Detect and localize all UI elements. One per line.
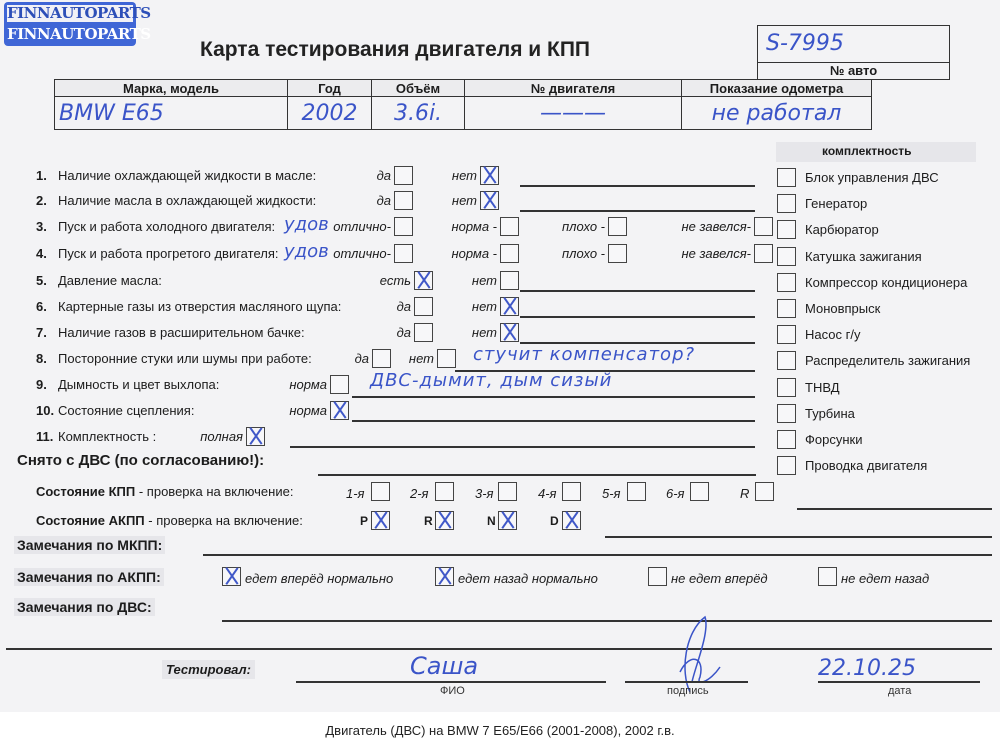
akpp-mode-checkbox[interactable] — [562, 511, 581, 530]
akpp-mode-label: R — [424, 514, 433, 528]
gear-label: 6-я — [666, 486, 685, 501]
auto-number-box: S-7995 № авто — [757, 25, 950, 80]
dvs-remarks-line-2[interactable] — [6, 648, 992, 650]
akpp-remark-label: не едет назад — [841, 571, 929, 586]
completeness-checkbox[interactable] — [777, 220, 796, 239]
header-year: Год — [288, 80, 372, 97]
completeness-item: Генератор — [0, 194, 1000, 216]
completeness-item-label: Турбина — [805, 406, 855, 421]
auto-number-label: № авто — [758, 63, 949, 79]
dvs-remarks-line-1[interactable] — [222, 620, 992, 622]
gear-label: 5-я — [602, 486, 621, 501]
header-engine-number: № двигателя — [465, 80, 682, 97]
completeness-checkbox[interactable] — [777, 299, 796, 318]
kpp-notes-line[interactable] — [797, 508, 992, 510]
completeness-checkbox[interactable] — [777, 273, 796, 292]
completeness-item-label: ТНВД — [805, 380, 840, 395]
tester-name[interactable]: Саша — [410, 652, 478, 680]
brand-logo-line1: FINNAUTOPARTS — [7, 5, 133, 22]
removed-from-engine-line[interactable] — [318, 474, 756, 476]
vehicle-info-table: Марка, модель Год Объём № двигателя Пока… — [54, 79, 872, 130]
removed-from-engine-label: Снято с ДВС (по согласованию!): — [17, 452, 264, 469]
akpp-notes-line[interactable] — [605, 536, 992, 538]
kpp-check-label: Состояние КПП - проверка на включение: — [36, 484, 293, 499]
test-date[interactable]: 22.10.25 — [818, 656, 916, 681]
brand-logo: FINNAUTOPARTS FINNAUTOPARTS — [4, 2, 136, 46]
completeness-item: Катушка зажигания — [0, 247, 1000, 269]
gear-checkbox[interactable] — [498, 482, 517, 501]
completeness-item: Турбина — [0, 404, 1000, 426]
akpp-remark-label: не едет вперёд — [671, 571, 768, 586]
akpp-remark-checkbox[interactable] — [648, 567, 667, 586]
image-caption: Двигатель (ДВС) на BMW 7 E65/E66 (2001-2… — [0, 712, 1000, 750]
gear-checkbox[interactable] — [371, 482, 390, 501]
signature-caption: подпись — [667, 685, 709, 697]
date-line — [818, 681, 980, 683]
akpp-mode-label: P — [360, 514, 368, 528]
value-volume[interactable]: 3.6i. — [372, 97, 465, 130]
gear-label: 4-я — [538, 486, 557, 501]
completeness-item-label: Форсунки — [805, 432, 862, 447]
header-volume: Объём — [372, 80, 465, 97]
completeness-item-label: Карбюратор — [805, 222, 879, 237]
gear-checkbox[interactable] — [755, 482, 774, 501]
brand-logo-line2: FINNAUTOPARTS — [7, 25, 133, 43]
akpp-mode-label: D — [550, 514, 559, 528]
gear-label: 2-я — [410, 486, 429, 501]
value-engine-number[interactable]: ——— — [465, 97, 682, 130]
akpp-check-label: Состояние АКПП - проверка на включение: — [36, 513, 303, 528]
completeness-item: Распределитель зажигания — [0, 351, 1000, 373]
date-caption: дата — [888, 685, 911, 697]
akpp-remark-checkbox[interactable] — [222, 567, 241, 586]
completeness-item-label: Катушка зажигания — [805, 249, 922, 264]
completeness-item-label: Насос г/у — [805, 327, 860, 342]
signature-line — [625, 681, 748, 683]
completeness-item: ТНВД — [0, 378, 1000, 400]
dvs-remarks-label: Замечания по ДВС: — [14, 598, 155, 616]
completeness-item: Насос г/у — [0, 325, 1000, 347]
header-make-model: Марка, модель — [55, 80, 288, 97]
mkpp-remarks-label: Замечания по МКПП: — [14, 536, 165, 554]
completeness-item-label: Компрессор кондиционера — [805, 275, 967, 290]
value-year[interactable]: 2002 — [288, 97, 372, 130]
akpp-remark-checkbox[interactable] — [435, 567, 454, 586]
gear-checkbox[interactable] — [627, 482, 646, 501]
value-make-model[interactable]: BMW E65 — [55, 97, 288, 130]
completeness-item-label: Моновпрыск — [805, 301, 880, 316]
gear-label: R — [740, 486, 749, 501]
completeness-checkbox[interactable] — [777, 430, 796, 449]
completeness-item-label: Блок управления ДВС — [805, 170, 939, 185]
gear-label: 1-я — [346, 486, 365, 501]
tested-by-label: Тестировал: — [162, 660, 255, 679]
completeness-item: Компрессор кондиционера — [0, 273, 1000, 295]
akpp-mode-checkbox[interactable] — [371, 511, 390, 530]
gear-checkbox[interactable] — [435, 482, 454, 501]
tester-name-line — [296, 681, 606, 683]
gear-label: 3-я — [475, 486, 494, 501]
kpp-label-bold: Состояние КПП — [36, 484, 135, 499]
gear-checkbox[interactable] — [690, 482, 709, 501]
akpp-remark-label: едет назад нормально — [458, 571, 598, 586]
gear-checkbox[interactable] — [562, 482, 581, 501]
akpp-label-bold: Состояние АКПП — [36, 513, 145, 528]
completeness-checkbox[interactable] — [777, 325, 796, 344]
completeness-checkbox[interactable] — [777, 378, 796, 397]
akpp-mode-checkbox[interactable] — [498, 511, 517, 530]
completeness-title: комплектность — [822, 144, 912, 158]
completeness-item: Карбюратор — [0, 220, 1000, 242]
completeness-checkbox[interactable] — [777, 404, 796, 423]
completeness-checkbox[interactable] — [777, 351, 796, 370]
completeness-item: Блок управления ДВС — [0, 168, 1000, 190]
completeness-item-label: Распределитель зажигания — [805, 353, 970, 368]
completeness-checkbox[interactable] — [777, 168, 796, 187]
test-card-sheet: FINNAUTOPARTS FINNAUTOPARTS Карта тестир… — [0, 0, 1000, 712]
completeness-item-label: Проводка двигателя — [805, 458, 927, 473]
akpp-remark-checkbox[interactable] — [818, 567, 837, 586]
name-caption: ФИО — [440, 685, 465, 697]
header-odometer: Показание одометра — [682, 80, 872, 97]
completeness-item-label: Генератор — [805, 196, 867, 211]
akpp-label-rest: - проверка на включение: — [145, 513, 303, 528]
auto-number-value[interactable]: S-7995 — [758, 26, 949, 63]
mkpp-remarks-line[interactable] — [203, 554, 992, 556]
akpp-remarks-label: Замечания по АКПП: — [14, 568, 164, 586]
akpp-remark-label: едет вперёд нормально — [245, 571, 393, 586]
completeness-checkbox[interactable] — [777, 194, 796, 213]
akpp-mode-checkbox[interactable] — [435, 511, 454, 530]
page-title: Карта тестирования двигателя и КПП — [200, 38, 590, 62]
completeness-checkbox[interactable] — [777, 456, 796, 475]
completeness-checkbox[interactable] — [777, 247, 796, 266]
value-odometer[interactable]: не работал — [682, 97, 872, 130]
completeness-item: Форсунки — [0, 430, 1000, 452]
kpp-label-rest: - проверка на включение: — [135, 484, 293, 499]
completeness-item: Моновпрыск — [0, 299, 1000, 321]
akpp-mode-label: N — [487, 514, 496, 528]
